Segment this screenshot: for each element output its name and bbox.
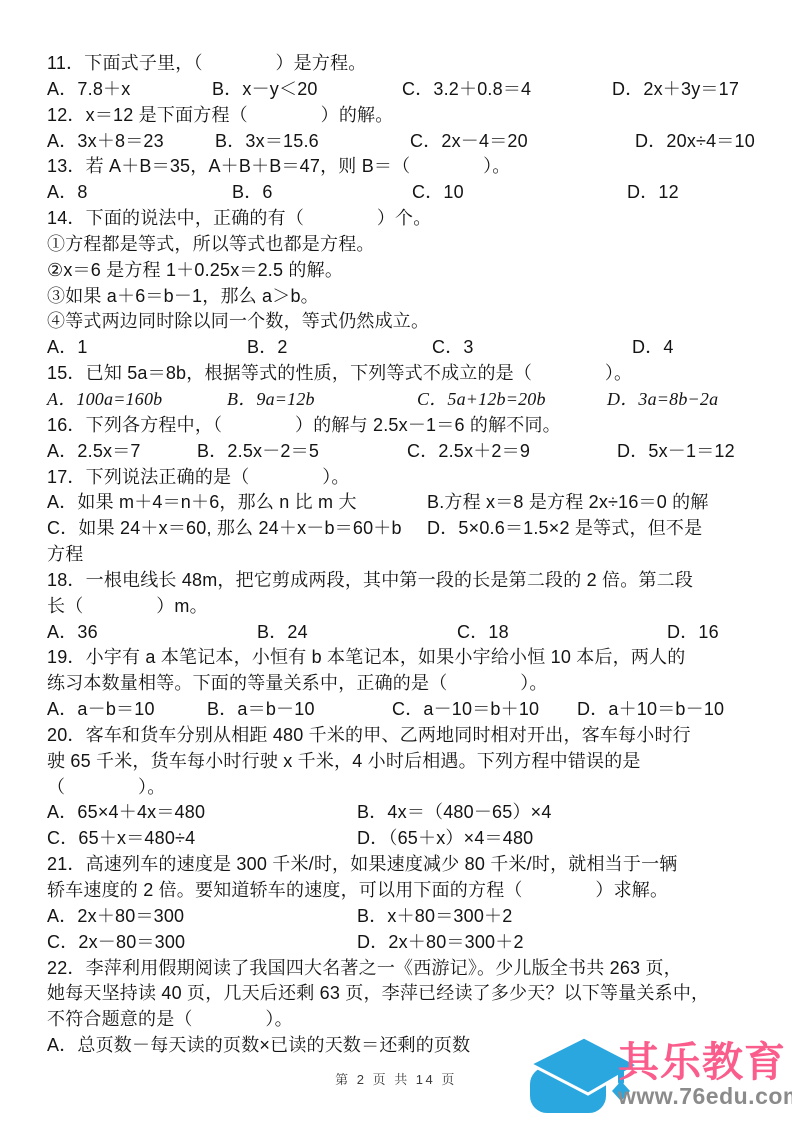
option-item: B．x－y＜20 — [212, 77, 402, 103]
option-item: D．16 — [667, 620, 719, 646]
text-line: 13．若 A＋B＝35，A＋B＋B＝47，则 B＝（ ）。 — [47, 154, 759, 180]
option-item: B.方程 x＝8 是方程 2x÷16＝0 的解 — [427, 490, 709, 516]
option-item: B．6 — [232, 180, 412, 206]
text-line: 长（ ）m。 — [47, 594, 759, 620]
option-item: D．3a=8b−2a — [607, 387, 718, 413]
options-row: A．2x＋80＝300B．x＋80＝300＋2 — [47, 904, 759, 930]
option-item: D．2x＋80＝300＋2 — [357, 930, 524, 956]
option-item: C．2x－4＝20 — [410, 129, 635, 155]
options-row: C．如果 24＋x＝60, 那么 24＋x－b＝60＋bD．5×0.6＝1.5×… — [47, 516, 759, 542]
text-line: 她每天坚持读 40 页，几天后还剩 63 页，李萍已经读了多少天？以下等量关系中… — [47, 981, 759, 1007]
text-line: 21．高速列车的速度是 300 千米/时，如果速度减少 80 千米/时，就相当于… — [47, 852, 759, 878]
option-item: A．8 — [47, 180, 232, 206]
option-item: D．2x＋3y＝17 — [612, 77, 739, 103]
options-row: A．100a=160bB．9a=12bC．5a+12b=20bD．3a=8b−2… — [47, 387, 759, 413]
option-item: A．如果 m＋4＝n＋6，那么 n 比 m 大 — [47, 490, 427, 516]
option-item: D．20x÷4＝10 — [635, 129, 755, 155]
option-item: B．9a=12b — [227, 387, 417, 413]
option-item: C．5a+12b=20b — [417, 387, 607, 413]
text-line: （ ）。 — [47, 775, 759, 801]
text-line: 轿车速度的 2 倍。要知道轿车的速度，可以用下面的方程（ ）求解。 — [47, 878, 759, 904]
option-item: A．36 — [47, 620, 257, 646]
option-item: B．4x＝（480－65）×4 — [357, 800, 552, 826]
option-item: B．x＋80＝300＋2 — [357, 904, 512, 930]
text-line: 18．一根电线长 48m，把它剪成两段，其中第一段的长是第二段的 2 倍。第二段 — [47, 568, 759, 594]
option-item: C．10 — [412, 180, 627, 206]
option-item: B．2 — [247, 335, 432, 361]
text-line: 14．下面的说法中，正确的有（ ）个。 — [47, 206, 759, 232]
option-item: B．3x＝15.6 — [215, 129, 410, 155]
option-item: A．3x＋8＝23 — [47, 129, 215, 155]
exam-page: 11．下面式子里，（ ）是方程。A．7.8＋xB．x－y＜20C．3.2＋0.8… — [0, 0, 792, 1122]
text-line: 11．下面式子里，（ ）是方程。 — [47, 51, 759, 77]
option-item: A．1 — [47, 335, 247, 361]
option-item: B．a＝b－10 — [207, 697, 392, 723]
brand-logo: 其乐教育 www.76edu.com — [528, 1037, 792, 1113]
option-item: C．65＋x＝480÷4 — [47, 826, 357, 852]
option-item: C．18 — [457, 620, 667, 646]
options-row: A．如果 m＋4＝n＋6，那么 n 比 m 大B.方程 x＝8 是方程 2x÷1… — [47, 490, 759, 516]
options-row: A．65×4＋4x＝480B．4x＝（480－65）×4 — [47, 800, 759, 826]
option-item: C．如果 24＋x＝60, 那么 24＋x－b＝60＋b — [47, 516, 427, 542]
options-row: C．2x－80＝300D．2x＋80＝300＋2 — [47, 930, 759, 956]
option-item: A．100a=160b — [47, 387, 227, 413]
text-line: 方程 — [47, 542, 759, 568]
text-line: ④等式两边同时除以同一个数，等式仍然成立。 — [47, 309, 759, 335]
text-line: 练习本数量相等。下面的等量关系中，正确的是（ ）。 — [47, 671, 759, 697]
options-row: A．36B．24C．18D．16 — [47, 620, 759, 646]
options-row: A．2.5x＝7B．2.5x－2＝5C．2.5x＋2＝9D．5x－1＝12 — [47, 439, 759, 465]
option-item: A．2.5x＝7 — [47, 439, 197, 465]
option-item: C．2.5x＋2＝9 — [407, 439, 617, 465]
brand-name: 其乐教育 — [618, 1040, 792, 1084]
text-line: 22．李萍利用假期阅读了我国四大名著之一《西游记》。少儿版全书共 263 页， — [47, 956, 759, 982]
options-row: A．8B．6C．10D．12 — [47, 180, 759, 206]
option-item: A．65×4＋4x＝480 — [47, 800, 357, 826]
text-line: 驶 65 千米，货车每小时行驶 x 千米，4 小时后相遇。下列方程中错误的是 — [47, 749, 759, 775]
text-line: 17．下列说法正确的是（ ）。 — [47, 465, 759, 491]
option-item: D．（65＋x）×4＝480 — [357, 826, 533, 852]
option-item: C．3 — [432, 335, 632, 361]
document-lines: 11．下面式子里，（ ）是方程。A．7.8＋xB．x－y＜20C．3.2＋0.8… — [47, 51, 759, 1059]
text-line: 不符合题意的是（ ）。 — [47, 1007, 759, 1033]
option-item: C．2x－80＝300 — [47, 930, 357, 956]
option-item: D．5x－1＝12 — [617, 439, 735, 465]
options-row: A．a－b＝10B．a＝b－10C．a－10＝b＋10D．a＋10＝b－10 — [47, 697, 759, 723]
options-row: A．7.8＋xB．x－y＜20C．3.2＋0.8＝4D．2x＋3y＝17 — [47, 77, 759, 103]
option-item: C．a－10＝b＋10 — [392, 697, 577, 723]
option-item: B．2.5x－2＝5 — [197, 439, 407, 465]
option-item: D．a＋10＝b－10 — [577, 697, 724, 723]
option-item: A．a－b＝10 — [47, 697, 207, 723]
text-line: 12．x＝12 是下面方程（ ）的解。 — [47, 103, 759, 129]
option-item: D．5×0.6＝1.5×2 是等式，但不是 — [427, 516, 702, 542]
brand-website: www.76edu.com — [618, 1084, 792, 1108]
text-line: ③如果 a＋6＝b－1，那么 a＞b。 — [47, 284, 759, 310]
option-item: A．7.8＋x — [47, 77, 212, 103]
text-line: 20．客车和货车分别从相距 480 千米的甲、乙两地同时相对开出，客车每小时行 — [47, 723, 759, 749]
text-line: ①方程都是等式，所以等式也都是方程。 — [47, 232, 759, 258]
page-indicator: 第 2 页 共 14 页 — [335, 1072, 457, 1087]
option-item: D．4 — [632, 335, 674, 361]
text-line: 15．已知 5a＝8b，根据等式的性质，下列等式不成立的是（ ）。 — [47, 361, 759, 387]
option-item: B．24 — [257, 620, 457, 646]
text-line: ②x＝6 是方程 1＋0.25x＝2.5 的解。 — [47, 258, 759, 284]
text-line: 19．小宇有 a 本笔记本，小恒有 b 本笔记本，如果小宇给小恒 10 本后，两… — [47, 645, 759, 671]
options-row: C．65＋x＝480÷4D．（65＋x）×4＝480 — [47, 826, 759, 852]
logo-text: 其乐教育 www.76edu.com — [618, 1037, 792, 1108]
option-item: C．3.2＋0.8＝4 — [402, 77, 612, 103]
options-row: A．3x＋8＝23B．3x＝15.6C．2x－4＝20D．20x÷4＝10 — [47, 129, 759, 155]
option-item: D．12 — [627, 180, 679, 206]
options-row: A．1B．2C．3D．4 — [47, 335, 759, 361]
option-item: A．2x＋80＝300 — [47, 904, 357, 930]
text-line: 16．下列各方程中，（ ）的解与 2.5x－1＝6 的解不同。 — [47, 413, 759, 439]
